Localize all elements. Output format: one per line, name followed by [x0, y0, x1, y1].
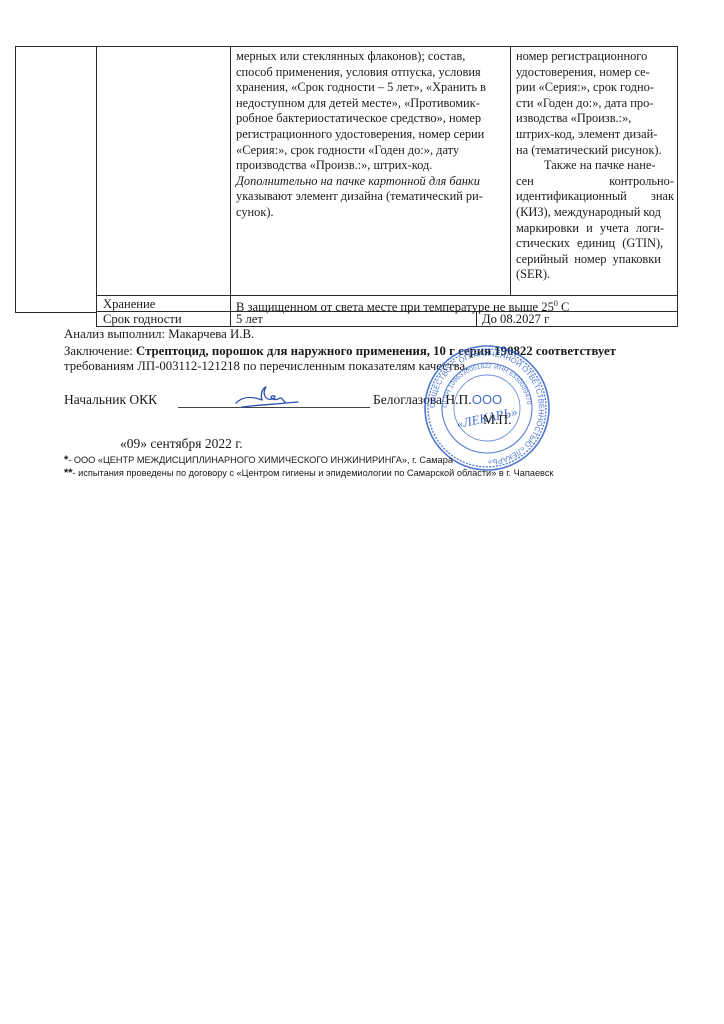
table-cell-requirements: мерных или стеклянных флаконов); состав,…	[236, 49, 508, 221]
analyst-line: Анализ выполнил: Макарчева И.В.	[64, 327, 254, 342]
text-line: идентификационныйзнак	[516, 189, 674, 205]
company-stamp-icon: ОБЩЕСТВО С ОГРАНИЧЕННОЙ ОТВЕТСТВЕННОСТЬЮ…	[423, 344, 551, 472]
table-col1-bottom	[15, 312, 97, 313]
text-line: сенконтрольно-	[516, 174, 674, 190]
footnote-2: **- испытания проведены по договору с «Ц…	[64, 467, 553, 479]
table-left-border	[15, 46, 16, 313]
text-line: регистрационного удостоверения, номер се…	[236, 127, 508, 143]
conclusion-prefix: Заключение:	[64, 344, 136, 358]
text-line: Также на пачке нане-	[516, 158, 674, 174]
text-line: на (тематический рисунок).	[516, 143, 674, 159]
table-col1-divider	[96, 46, 97, 327]
text-line: удостоверения, номер се-	[516, 65, 674, 81]
text-line: стических единиц (GTIN),	[516, 236, 674, 252]
table-col3-divider	[510, 46, 511, 296]
shelf-life-until: До 08.2027 г	[482, 312, 549, 326]
text-line: робное бактериостатическое средство», но…	[236, 111, 508, 127]
footnote-text: - испытания проведены по договору с «Цен…	[73, 468, 554, 478]
conclusion-line2: требованиям ЛП-003112-121218 по перечисл…	[64, 359, 468, 374]
stamp-mp-label: М.П.	[483, 412, 512, 427]
table-row-divider	[96, 295, 678, 296]
text-line: (SER).	[516, 267, 674, 283]
table-right-border	[677, 46, 678, 327]
signoff-position: Начальник ОКК	[64, 392, 157, 407]
text-line: изводства «Произв.:»,	[516, 111, 674, 127]
svg-text:ООО: ООО	[472, 392, 502, 407]
text-word: идентификационный	[516, 189, 627, 205]
text-line: (КИЗ), международный код	[516, 205, 674, 221]
text-line: сти «Годен до:», дата про-	[516, 96, 674, 112]
document-date: «09» сентября 2022 г.	[120, 436, 243, 451]
text-line: указывают элемент дизайна (тематический …	[236, 189, 508, 205]
storage-unit: С	[558, 300, 570, 314]
text-line: сунок).	[236, 205, 508, 221]
table-cell-result: номер регистрационного удостоверения, но…	[516, 49, 674, 283]
text-line: недоступном для детей месте», «Противоми…	[236, 96, 508, 112]
text-line: хранения, «Срок годности – 5 лет», «Хран…	[236, 80, 508, 96]
shelf-life-label: Срок годности	[103, 312, 182, 326]
text-line: штрих-код, элемент дизай-	[516, 127, 674, 143]
footnote-text: - ООО «ЦЕНТР МЕЖДИСЦИПЛИНАРНОГО ХИМИЧЕСК…	[68, 455, 453, 465]
text-word: сен	[516, 174, 534, 190]
text-line: серийный номер упаковки	[516, 252, 674, 268]
footnote-mark: **	[64, 467, 73, 479]
text-line: номер регистрационного	[516, 49, 674, 65]
table-top-border	[15, 46, 678, 47]
shelf-life-value: 5 лет	[236, 312, 263, 326]
text-line: рии «Серия:», срок годно-	[516, 80, 674, 96]
text-word: контрольно-	[609, 174, 674, 190]
text-line: маркировки и учета логи-	[516, 221, 674, 237]
footnote-1: *- ООО «ЦЕНТР МЕЖДИСЦИПЛИНАРНОГО ХИМИЧЕС…	[64, 454, 453, 466]
text-line: способ применения, условия отпуска, усло…	[236, 65, 508, 81]
text-line: мерных или стеклянных флаконов); состав,	[236, 49, 508, 65]
table-col2-divider	[230, 46, 231, 327]
text-line: производства «Произв.:», штрих-код.	[236, 158, 508, 174]
text-word: знак	[651, 189, 674, 205]
italic-note: Дополнительно на пачке картонной для бан…	[236, 174, 508, 190]
storage-label: Хранение	[103, 297, 155, 311]
text-line: «Серия:», срок годности «Годен до:», дат…	[236, 143, 508, 159]
signature-icon	[232, 385, 302, 411]
